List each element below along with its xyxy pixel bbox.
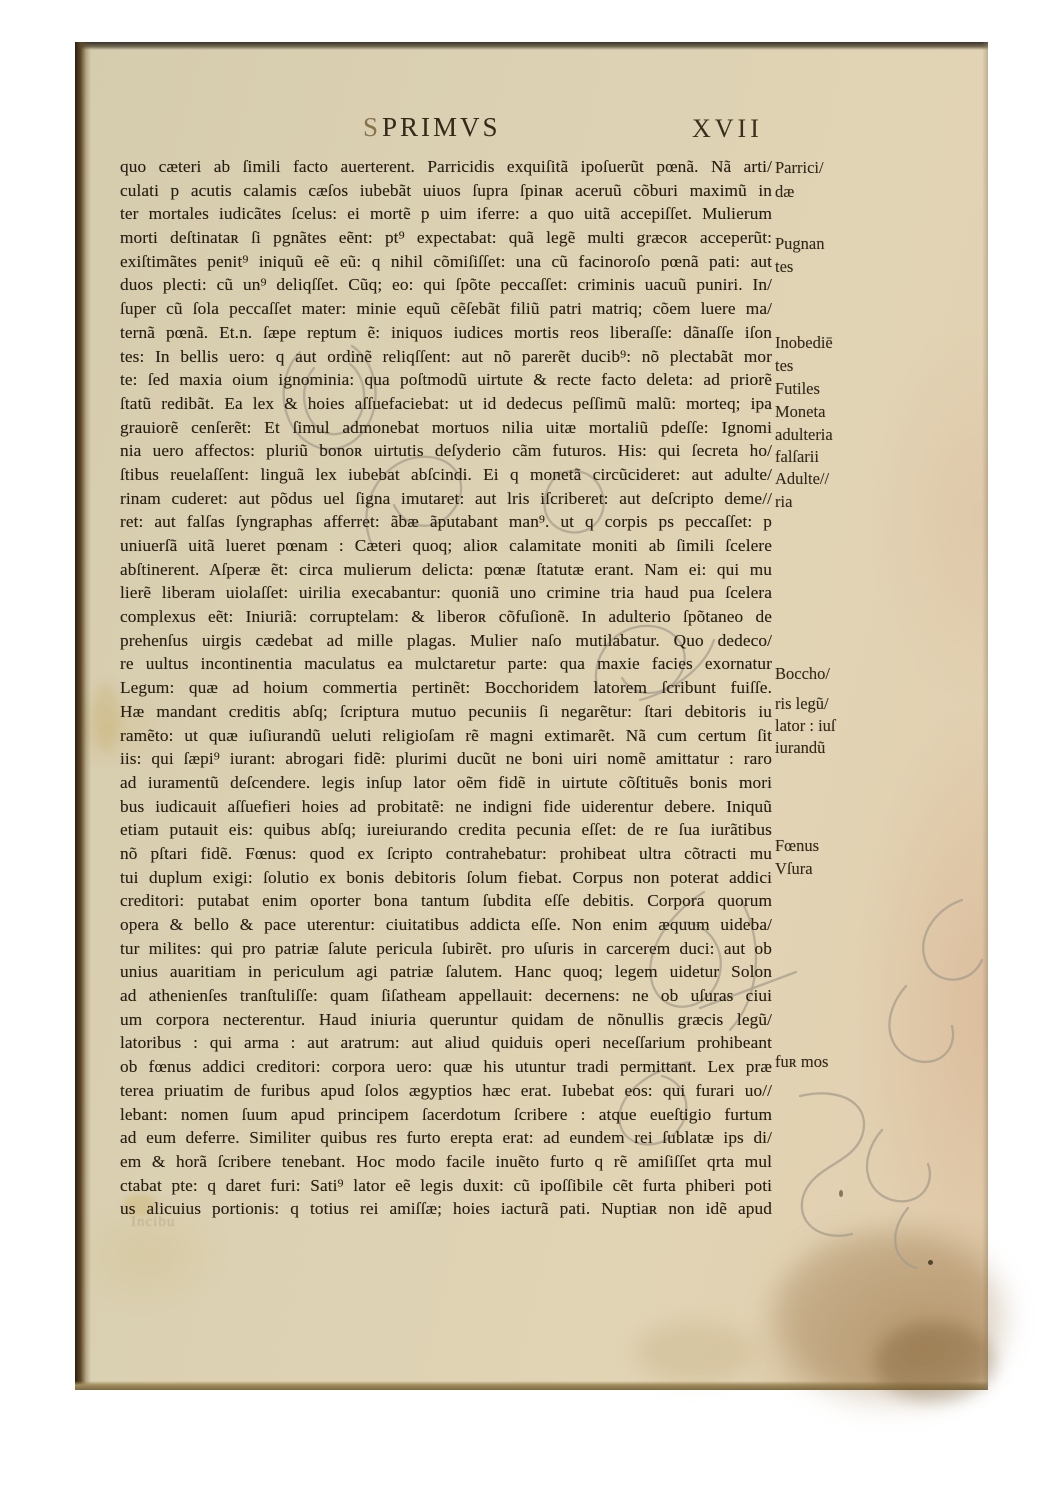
text-line: te: ſed maxia oium ignominia: qua poſtmo… bbox=[120, 368, 772, 392]
margin-note: Adulte// bbox=[775, 469, 829, 489]
text-line: nia uero affectos: pluriũ bonoʀ uirtutis… bbox=[120, 439, 772, 463]
text-line: ad athenienſes tranſtuliſſe: quam ſiſath… bbox=[120, 984, 772, 1008]
margin-note: Moneta bbox=[775, 402, 825, 422]
text-line: iis: qui ſæpi⁹ iurant: abrogari fidẽ: pl… bbox=[120, 747, 772, 771]
margin-note: Inobediē bbox=[775, 333, 833, 353]
margin-note: dæ bbox=[775, 182, 794, 202]
text-line: ſtatũ redibãt. Ea lex & hoies aſſuefacie… bbox=[120, 392, 772, 416]
text-line: ad eum deferre. Similiter quibus res fur… bbox=[120, 1126, 772, 1150]
page-right-edge bbox=[982, 42, 988, 1390]
text-line: duos plecti: cũ un⁹ deliqſſet. Cũq; eo: … bbox=[120, 273, 772, 297]
ink-speck bbox=[928, 1260, 933, 1265]
running-title-initial: S bbox=[363, 112, 381, 142]
text-line: uniuerſã uitã lueret pœnam : Cæteri quoq… bbox=[120, 534, 772, 558]
scan-canvas: { "page": { "header": { "title_initial":… bbox=[0, 0, 1060, 1500]
text-line: tes: In bellis uero: q aut ordinẽ reliqſ… bbox=[120, 345, 772, 369]
paper-stain bbox=[93, 682, 119, 752]
margin-note: Fœnus bbox=[775, 836, 819, 856]
margin-note: iurandũ bbox=[775, 738, 825, 758]
text-line: lierẽ liberam uiolaſſet: uirilia execaba… bbox=[120, 581, 772, 605]
text-line: ter mortales iudicãtes ſcelus: ei mortẽ … bbox=[120, 202, 772, 226]
running-title: SPRIMVS bbox=[363, 112, 501, 143]
margin-note: ris legũ/ bbox=[775, 694, 829, 714]
text-line: latoribus : qui arma : aut aratrum: aut … bbox=[120, 1031, 772, 1055]
folio-number: XVII bbox=[692, 114, 763, 144]
margin-note: Vſura bbox=[775, 859, 813, 879]
text-line: ob fœnus addici creditori: corpora uero:… bbox=[120, 1055, 772, 1079]
text-line: ſuper cũ ſola peccaſſet mater: minie equ… bbox=[120, 297, 772, 321]
text-line: tur milites: qui pro patriæ ſalute peric… bbox=[120, 937, 772, 961]
margin-note: tes bbox=[775, 356, 793, 376]
text-line: re uultus incontinentia maculatus ea mul… bbox=[120, 652, 772, 676]
margin-note: Futiles bbox=[775, 379, 820, 399]
text-line: us alicuius portionis: q totius rei amiſ… bbox=[120, 1197, 772, 1221]
text-line: rinam cuderet: aut põdus uel ſigna imuta… bbox=[120, 487, 772, 511]
text-line: morti deſtinataʀ ſi pgnãtes eẽnt: pt⁹ ex… bbox=[120, 226, 772, 250]
paper-stain bbox=[875, 1322, 995, 1402]
gutter-shadow bbox=[75, 42, 91, 1390]
paper-stain bbox=[775, 1232, 1005, 1402]
text-line: creditori: putabat enim oporter bona tan… bbox=[120, 889, 772, 913]
page-bottom-edge bbox=[75, 1381, 988, 1390]
margin-note: adulteria bbox=[775, 425, 833, 445]
text-line: ſtibus reuelaſſent: linguã lex iubebat a… bbox=[120, 463, 772, 487]
text-line: nõ pſtari fidẽ. Fœnus: quod ex ſcripto c… bbox=[120, 842, 772, 866]
show-through-text: Incibu bbox=[131, 1214, 175, 1231]
text-line: unius auaritiam in periculum agi patriæ … bbox=[120, 960, 772, 984]
margin-note: Boccho/ bbox=[775, 664, 830, 684]
text-line: ad iuramentũ deſcendere. legis inſup lat… bbox=[120, 771, 772, 795]
ink-speck bbox=[839, 1190, 843, 1197]
text-line: bus iudicauit aſſuefieri hoies ad probit… bbox=[120, 795, 772, 819]
margin-note: fuʀ mos bbox=[775, 1052, 828, 1072]
margin-note: falſarii bbox=[775, 447, 819, 467]
text-line: complexus eẽt: Iniuriã: corruptelam: & l… bbox=[120, 605, 772, 629]
margin-note: Parrici/ bbox=[775, 158, 824, 178]
page-top-edge bbox=[75, 42, 988, 50]
text-line: em & horã ſcribere tenebant. Hoc modo fa… bbox=[120, 1150, 772, 1174]
text-line: culati p acutis calamis cæſos iubebãt ui… bbox=[120, 179, 772, 203]
text-line: ret: aut falſas ſyngraphas afferret: ãbæ… bbox=[120, 510, 772, 534]
text-line: lebant: nomen ſuum apud principem ſacerd… bbox=[120, 1103, 772, 1127]
text-line: exiſtimãtes penit⁹ iniquũ eẽ eũ: q nihil… bbox=[120, 250, 772, 274]
text-line: ternã pœnã. Et.n. ſæpe reptum ẽ: iniquos… bbox=[120, 321, 772, 345]
margin-note: tes bbox=[775, 257, 793, 277]
text-line: grauiorẽ cenſerẽt: Et ſimul admonebat mo… bbox=[120, 416, 772, 440]
text-line: quo cæteri ab ſimili facto auerterent. P… bbox=[120, 155, 772, 179]
text-line: terea priuatim de furibus apud ſolos ægy… bbox=[120, 1079, 772, 1103]
text-block: quo cæteri ab ſimili facto auerterent. P… bbox=[120, 155, 772, 1221]
text-line: etiam putauit eis: quibus abſq; iureiura… bbox=[120, 818, 772, 842]
text-line: tui duplum exigi: ſolutio ex bonis debit… bbox=[120, 866, 772, 890]
text-line: prehenſus uirgis cædebat ad mille plagas… bbox=[120, 629, 772, 653]
running-title-text: PRIMVS bbox=[382, 112, 501, 142]
book-page: SPRIMVS XVII quo cæteri ab ſimili facto … bbox=[75, 42, 988, 1390]
margin-note: ria bbox=[775, 492, 792, 512]
text-line: Hæ mandant creditis abſq; ſcriptura mutu… bbox=[120, 700, 772, 724]
text-line: ctabat pte: q daret furi: Sati⁹ lator eẽ… bbox=[120, 1174, 772, 1198]
text-line: um corpora necterentur. Haud iniuria que… bbox=[120, 1008, 772, 1032]
text-line: abſtinerent. Aſperæ ẽt: circa mulierum d… bbox=[120, 558, 772, 582]
margin-note: Pugnan bbox=[775, 234, 825, 254]
margin-note: lator : iuſ bbox=[775, 716, 836, 736]
text-line: ramẽto: ut quæ iuſiurandũ ueluti religio… bbox=[120, 724, 772, 748]
paper-stain bbox=[635, 1322, 755, 1382]
text-line: opera & bello & pace uterentur: ciuitati… bbox=[120, 913, 772, 937]
text-line: Legum: quæ ad hoium commertia pertinẽt: … bbox=[120, 676, 772, 700]
